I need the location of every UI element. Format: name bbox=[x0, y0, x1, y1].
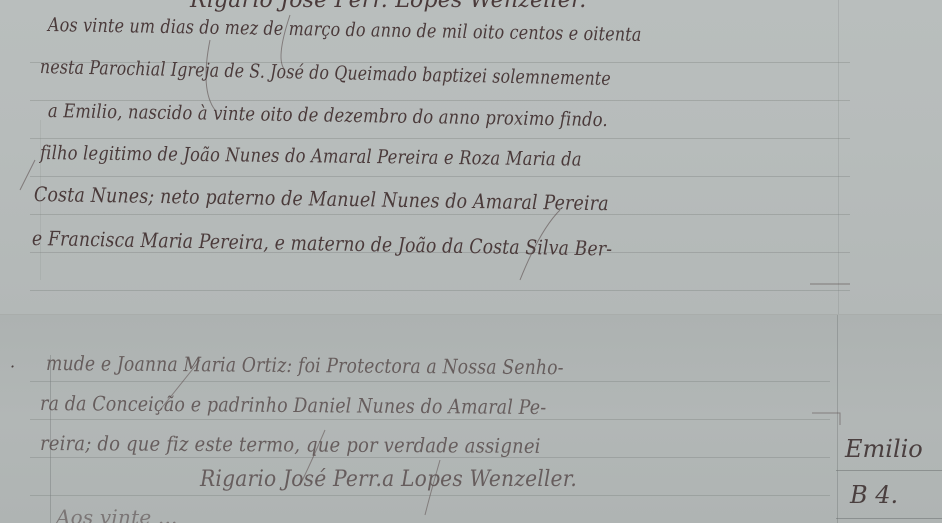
margin-rule bbox=[838, 0, 839, 314]
record-line-4: filho legitimo de João Nunes do Amaral P… bbox=[40, 142, 582, 171]
ruled-line bbox=[30, 176, 850, 177]
ruled-line bbox=[30, 290, 850, 291]
margin-note-name: Emilio bbox=[845, 435, 923, 463]
record-line-8: ra da Conceição e padrinho Daniel Nunes … bbox=[40, 391, 547, 419]
document-page-top: Rigario José Perr. Lopes Wenzeller. Aos … bbox=[0, 0, 942, 314]
record-line-3: a Emilio, nascido à vinte oito de dezemb… bbox=[48, 100, 608, 131]
margin-rule-right bbox=[837, 315, 838, 523]
margin-divider bbox=[836, 518, 942, 519]
record-line-1: Aos vinte um dias do mez de março do ann… bbox=[48, 14, 642, 46]
margin-note-entry: B 4. bbox=[850, 481, 898, 509]
record-line-5: Costa Nunes; neto paterno de Manuel Nune… bbox=[34, 182, 609, 215]
ruled-line bbox=[30, 495, 830, 496]
ruled-line bbox=[30, 138, 850, 139]
document-page-bottom: mude e Joanna Maria Ortiz: foi Protector… bbox=[0, 315, 942, 523]
previous-signature-line: Rigario José Perr. Lopes Wenzeller. bbox=[190, 0, 586, 13]
priest-signature: Rigario José Perr.a Lopes Wenzeller. bbox=[200, 467, 577, 492]
margin-divider bbox=[836, 470, 942, 471]
record-line-7: mude e Joanna Maria Ortiz: foi Protector… bbox=[46, 351, 564, 379]
margin-dot: · bbox=[10, 357, 15, 376]
record-line-9: reira; do que fiz este termo, que por ve… bbox=[40, 431, 541, 458]
ruled-line bbox=[30, 381, 830, 382]
record-line-6: e Francisca Maria Pereira, e materno de … bbox=[32, 226, 613, 261]
ruled-line bbox=[30, 214, 850, 215]
next-record-start: Aos vinte ... bbox=[56, 505, 178, 523]
ruled-line bbox=[30, 419, 830, 420]
